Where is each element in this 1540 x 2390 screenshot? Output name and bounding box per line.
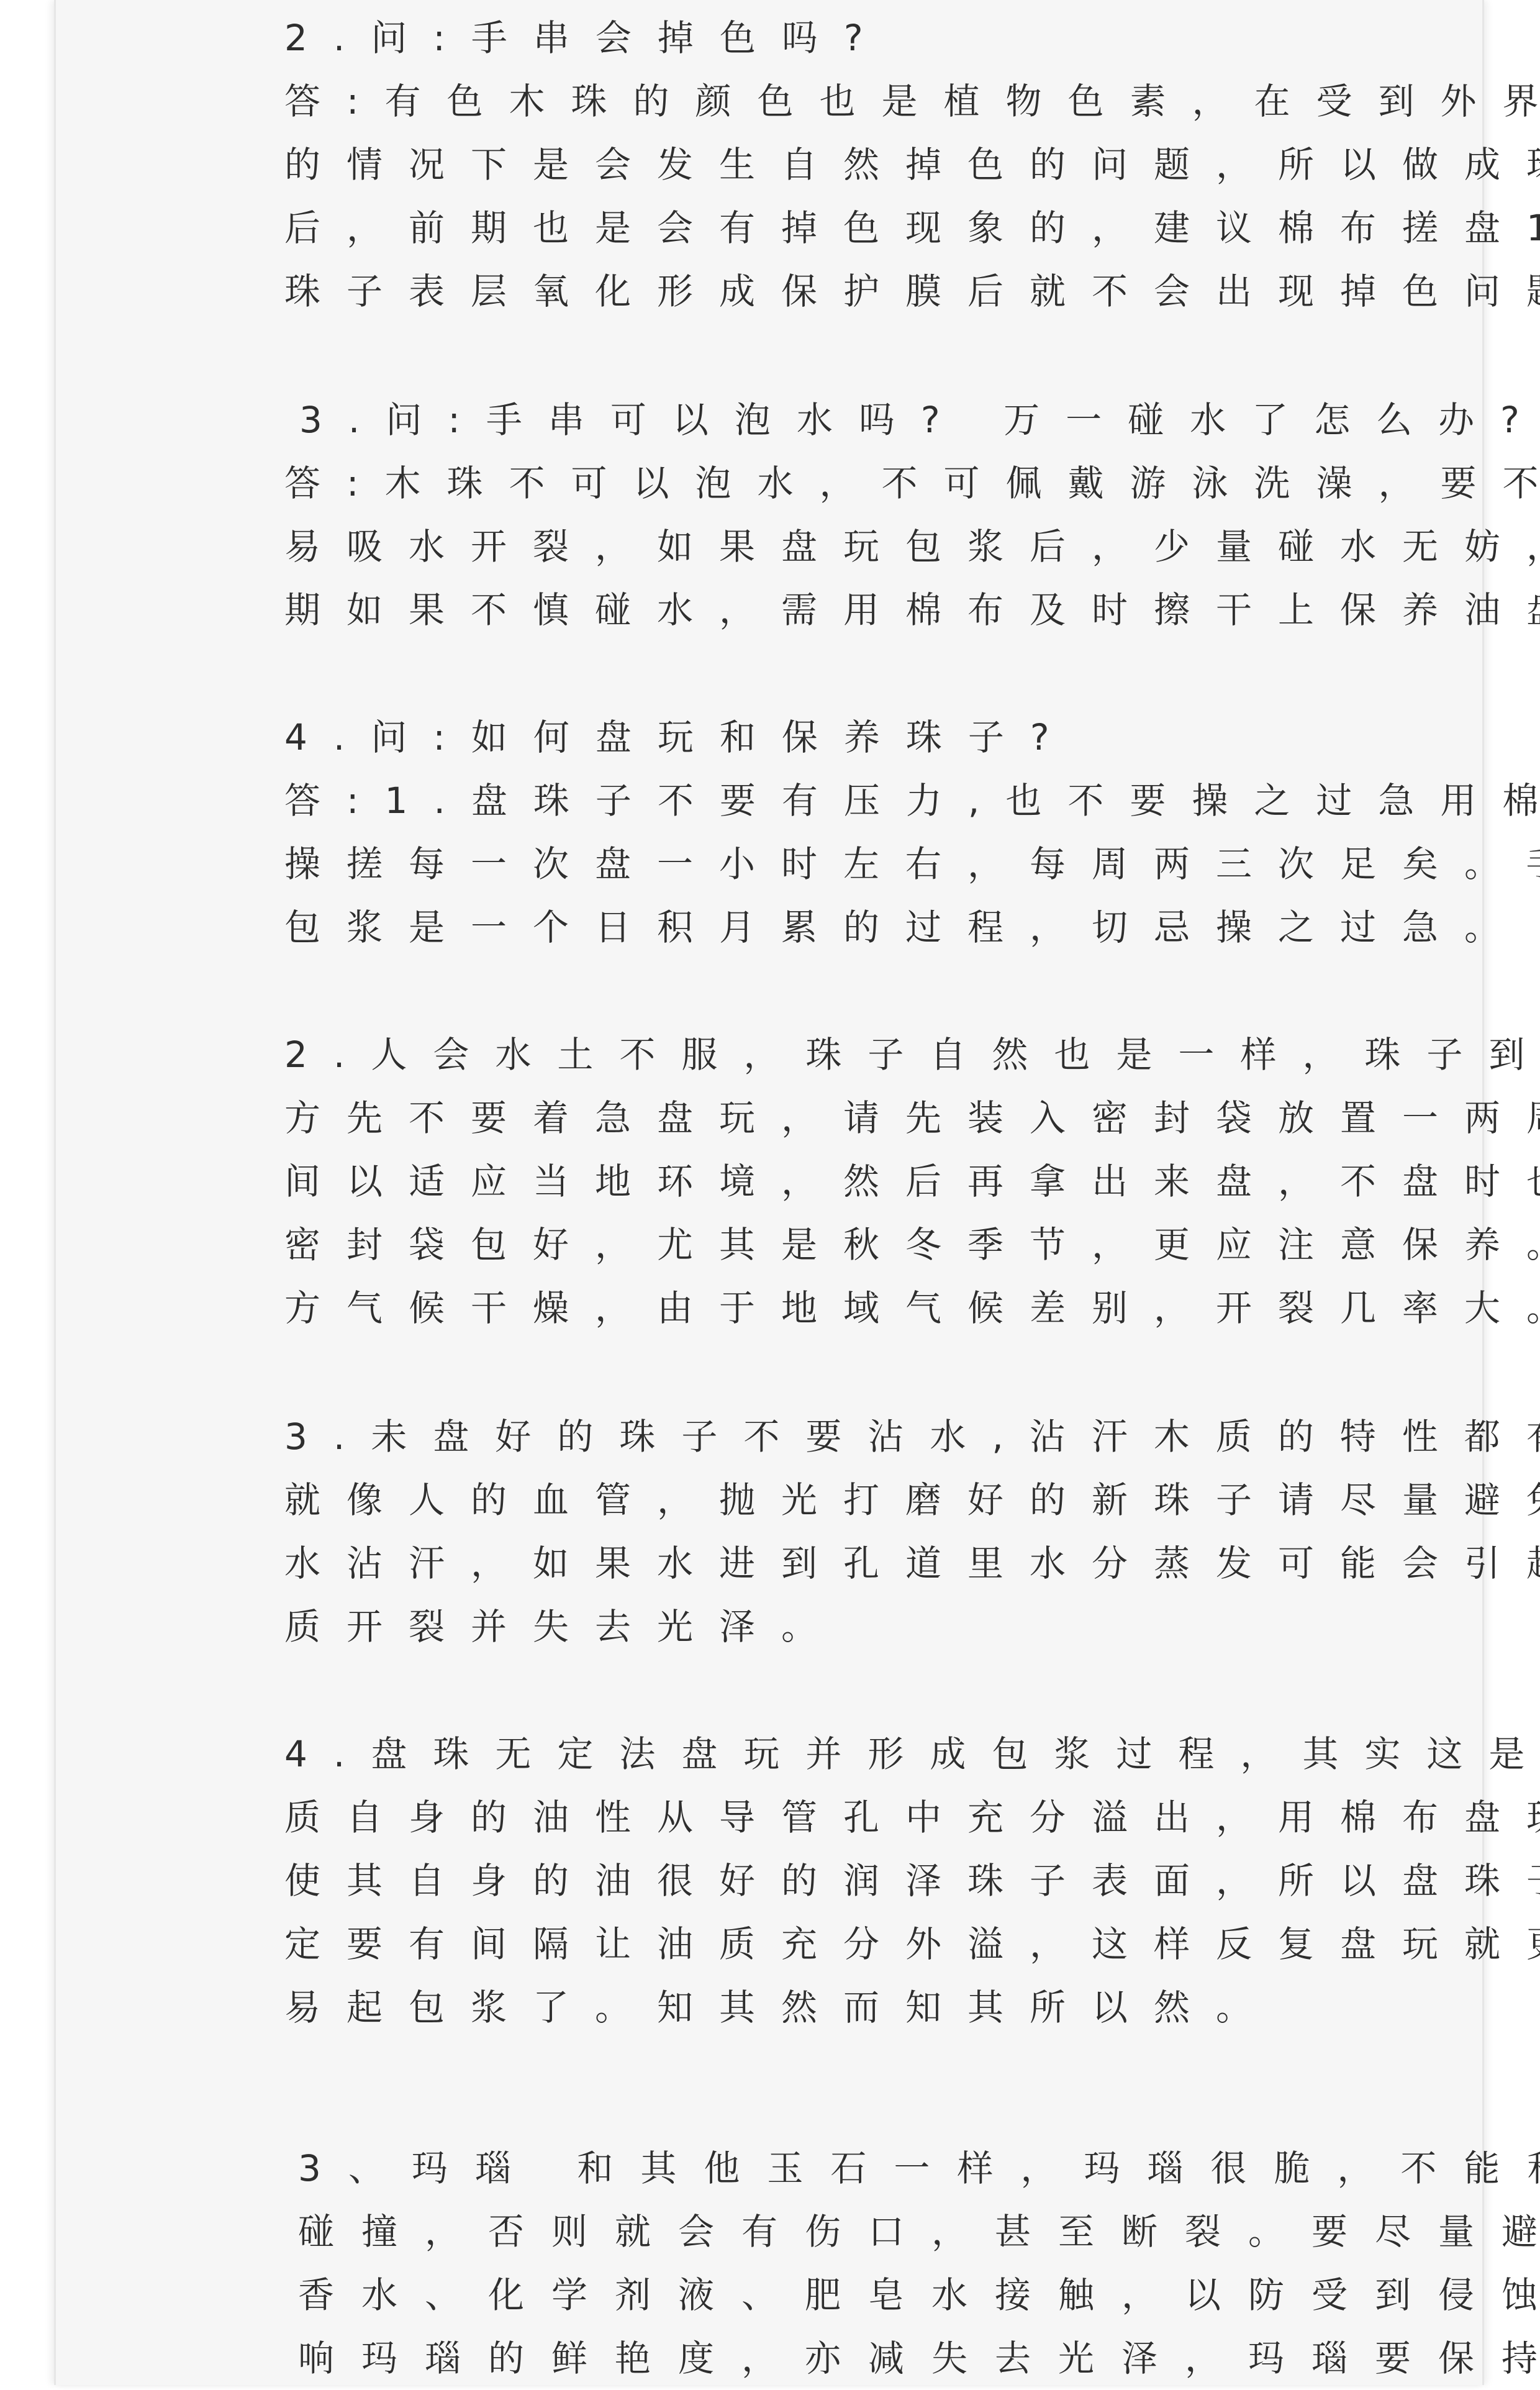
tip-line: 易起包浆了。知其然而知其所以然。 [284, 1976, 1278, 2039]
answer-line: 操搓每一次盘一小时左右，每周两三次足矣。手珠 [284, 832, 1278, 896]
answer-line: 的情况下是会发生自然掉色的问题，所以做成珠子 [284, 133, 1278, 196]
question-line: 3.问:手串可以泡水吗? 万一碰水了怎么办? [284, 388, 1278, 452]
tip-line: 水沾汗，如果水进到孔道里水分蒸发可能会引起木 [284, 1532, 1278, 1595]
document-page: 2.问:手串会掉色吗? 答:有色木珠的颜色也是植物色素，在受到外界刺激 的情况下… [54, 0, 1484, 2385]
faq-section-care: 4.问:如何盘玩和保养珠子? 答:1.盘珠子不要有压力,也不要操之过急用棉布轻轻… [284, 706, 1278, 959]
answer-line: 易吸水开裂，如果盘玩包浆后，少量碰水无妨，前 [284, 515, 1278, 578]
tip-line: 质开裂并失去光泽。 [284, 1595, 1278, 1658]
faq-section-fading: 2.问:手串会掉色吗? 答:有色木珠的颜色也是植物色素，在受到外界刺激 的情况下… [284, 6, 1278, 323]
agate-care-section: 3、玛瑙 和其他玉石一样，玛瑙很脆，不能和硬物 碰撞，否则就会有伤口，甚至断裂。… [298, 2137, 1292, 2385]
tip-section-patina: 4.盘珠无定法盘玩并形成包浆过程，其实这是让木 质自身的油性从导管孔中充分溢出，… [284, 1722, 1278, 2039]
tip-line: 使其自身的油很好的润泽珠子表面，所以盘珠子一 [284, 1849, 1278, 1912]
tip-line: 密封袋包好，尤其是秋冬季节，更应注意保养。北 [284, 1213, 1278, 1276]
tip-line: 3.未盘好的珠子不要沾水,沾汗木质的特性都有棕眼 [284, 1405, 1278, 1468]
tip-line: 方气候干燥，由于地域气候差别，开裂几率大。 [284, 1276, 1278, 1340]
answer-line: 答:木珠不可以泡水，不可佩戴游泳洗澡，要不然容 [284, 452, 1278, 515]
tip-line: 2.人会水土不服，珠子自然也是一样，珠子到了北 [284, 1023, 1278, 1086]
tip-line: 碰撞，否则就会有伤口，甚至断裂。要尽量避免与 [298, 2200, 1292, 2263]
tip-line: 质自身的油性从导管孔中充分溢出，用棉布盘玩可 [284, 1786, 1278, 1849]
answer-line: 答:有色木珠的颜色也是植物色素，在受到外界刺激 [284, 70, 1278, 133]
tip-section-water-sweat: 3.未盘好的珠子不要沾水,沾汗木质的特性都有棕眼 就像人的血管，抛光打磨好的新珠… [284, 1405, 1278, 1658]
tip-line: 香水、化学剂液、肥皂水接触，以防受到侵蚀，影 [298, 2263, 1292, 2327]
tip-line: 就像人的血管，抛光打磨好的新珠子请尽量避免沾 [284, 1468, 1278, 1532]
question-line: 2.问:手串会掉色吗? [284, 6, 1278, 70]
answer-line: 答:1.盘珠子不要有压力,也不要操之过急用棉布轻轻 [284, 769, 1278, 832]
faq-section-water: 3.问:手串可以泡水吗? 万一碰水了怎么办? 答:木珠不可以泡水，不可佩戴游泳洗… [284, 388, 1278, 642]
tip-line: 3、玛瑙 和其他玉石一样，玛瑙很脆，不能和硬物 [298, 2137, 1292, 2200]
tip-line: 方先不要着急盘玩，请先装入密封袋放置一两周时 [284, 1086, 1278, 1150]
answer-line: 珠子表层氧化形成保护膜后就不会出现掉色问题. [284, 260, 1278, 323]
question-line: 4.问:如何盘玩和保养珠子? [284, 706, 1278, 769]
tip-line: 间以适应当地环境，然后再拿出来盘，不盘时也用 [284, 1150, 1278, 1213]
answer-line: 期如果不慎碰水，需用棉布及时擦干上保养油盘。 [284, 578, 1278, 642]
tip-line: 4.盘珠无定法盘玩并形成包浆过程，其实这是让木 [284, 1722, 1278, 1786]
tip-section-climate: 2.人会水土不服，珠子自然也是一样，珠子到了北 方先不要着急盘玩，请先装入密封袋… [284, 1023, 1278, 1340]
answer-line: 后，前期也是会有掉色现象的，建议棉布搓盘1-2周 [284, 196, 1278, 260]
answer-line: 包浆是一个日积月累的过程，切忌操之过急。 [284, 896, 1278, 959]
tip-line-partial: 响玛瑙的鲜艳度，亦减失去光泽，玛瑙要保持适宜 [298, 2327, 1292, 2385]
tip-line: 定要有间隔让油质充分外溢，这样反复盘玩就更容 [284, 1912, 1278, 1976]
